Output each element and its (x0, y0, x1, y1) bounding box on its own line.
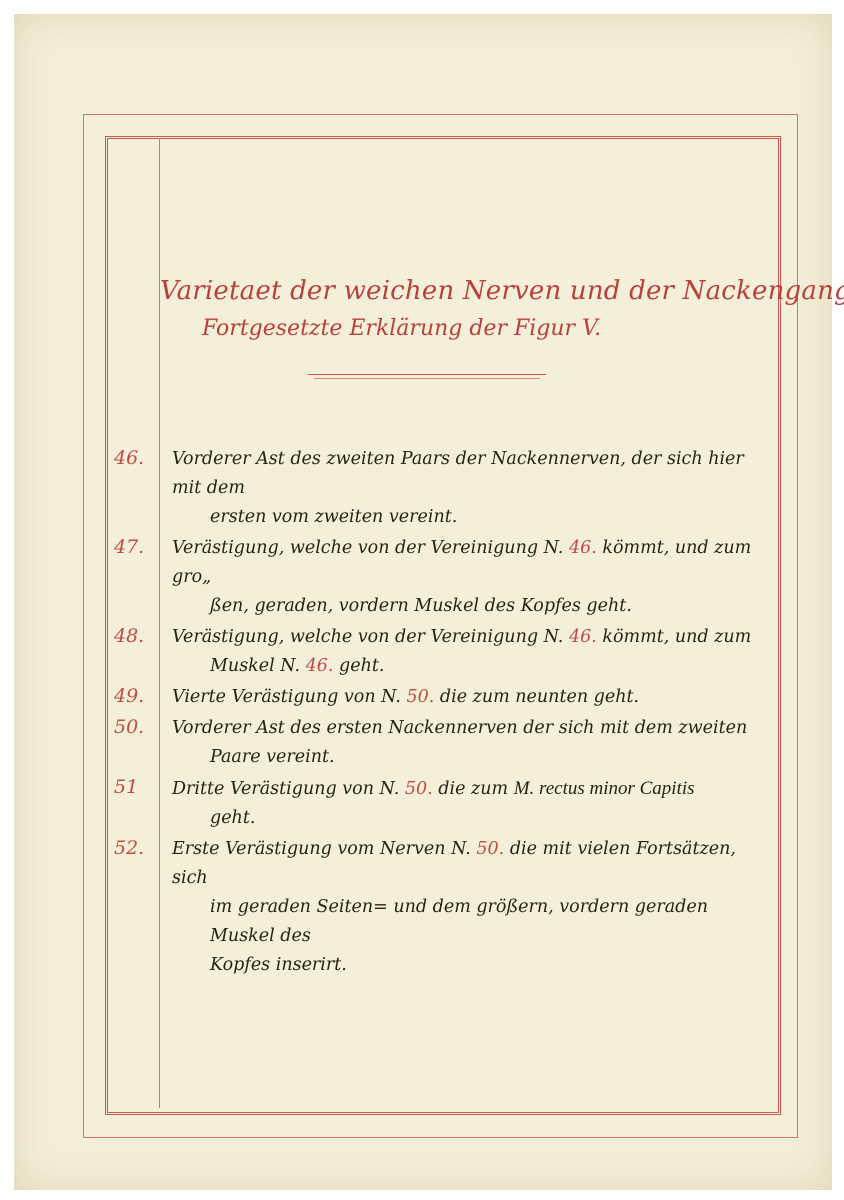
entry-text: Vierte Verästigung von N. (172, 687, 401, 707)
entry-text-continued: Paare vereint. (172, 743, 757, 772)
entry-text: die zum neunten geht. (440, 687, 639, 707)
entry-46: 46. Vorderer Ast des zweiten Paars der N… (100, 445, 770, 532)
entry-text-continued: geht. (172, 804, 757, 833)
entry-text: die zum (438, 779, 508, 799)
entry-text-continued: Muskel N. (210, 656, 300, 676)
entry-number: 52. (114, 837, 150, 859)
entry-text-continued: im geraden Seiten= und dem größern, vord… (172, 893, 757, 951)
entry-text: Erste Verästigung vom Nerven N. (172, 839, 471, 859)
entry-49: 49. Vierte Verästigung von N. 50. die zu… (100, 683, 770, 712)
cross-reference-number: 50. (407, 687, 435, 707)
entry-number: 48. (114, 625, 150, 647)
entry-text: Verästigung, welche von der Vereinigung … (172, 627, 563, 647)
entry-47: 47. Verästigung, welche von der Vereinig… (100, 534, 770, 621)
entry-list: 46. Vorderer Ast des zweiten Paars der N… (100, 445, 770, 982)
entry-number: 47. (114, 536, 150, 558)
page-heading: Varietaet der weichen Nerven und der Nac… (160, 276, 760, 341)
cross-reference-number: 46. (569, 627, 597, 647)
cross-reference-number: 50. (476, 839, 504, 859)
entry-text-continued: ersten vom zweiten vereint. (172, 503, 757, 532)
entry-text-continued: geht. (339, 656, 384, 676)
entry-text-continued: ßen, geraden, vordern Muskel des Kopfes … (172, 592, 757, 621)
entry-number: 50. (114, 716, 150, 738)
heading-underline-divider (308, 374, 546, 379)
heading-subtitle: Fortgesetzte Erklärung der Figur V. (202, 316, 760, 341)
entry-text: kömmt, und zum (602, 627, 751, 647)
latin-muscle-name: M. rectus minor Capitis (514, 778, 695, 799)
entry-51: 51 Dritte Verästigung von N. 50. die zum… (100, 774, 770, 833)
entry-text: Vorderer Ast des zweiten Paars der Nacke… (172, 449, 744, 498)
entry-text: Dritte Verästigung von N. (172, 779, 399, 799)
entry-48: 48. Verästigung, welche von der Vereinig… (100, 623, 770, 681)
entry-52: 52. Erste Verästigung vom Nerven N. 50. … (100, 835, 770, 980)
entry-text: Verästigung, welche von der Vereinigung … (172, 538, 563, 558)
cross-reference-number: 46. (569, 538, 597, 558)
entry-number: 51 (114, 776, 150, 798)
entry-text: Vorderer Ast des ersten Nackennerven der… (172, 718, 747, 738)
entry-text-continued: Kopfes inserirt. (172, 951, 757, 980)
entry-number: 49. (114, 685, 150, 707)
cross-reference-number: 46. (306, 656, 334, 676)
entry-number: 46. (114, 447, 150, 469)
entry-50: 50. Vorderer Ast des ersten Nackennerven… (100, 714, 770, 772)
cross-reference-number: 50. (405, 779, 433, 799)
heading-title: Varietaet der weichen Nerven und der Nac… (160, 276, 760, 306)
